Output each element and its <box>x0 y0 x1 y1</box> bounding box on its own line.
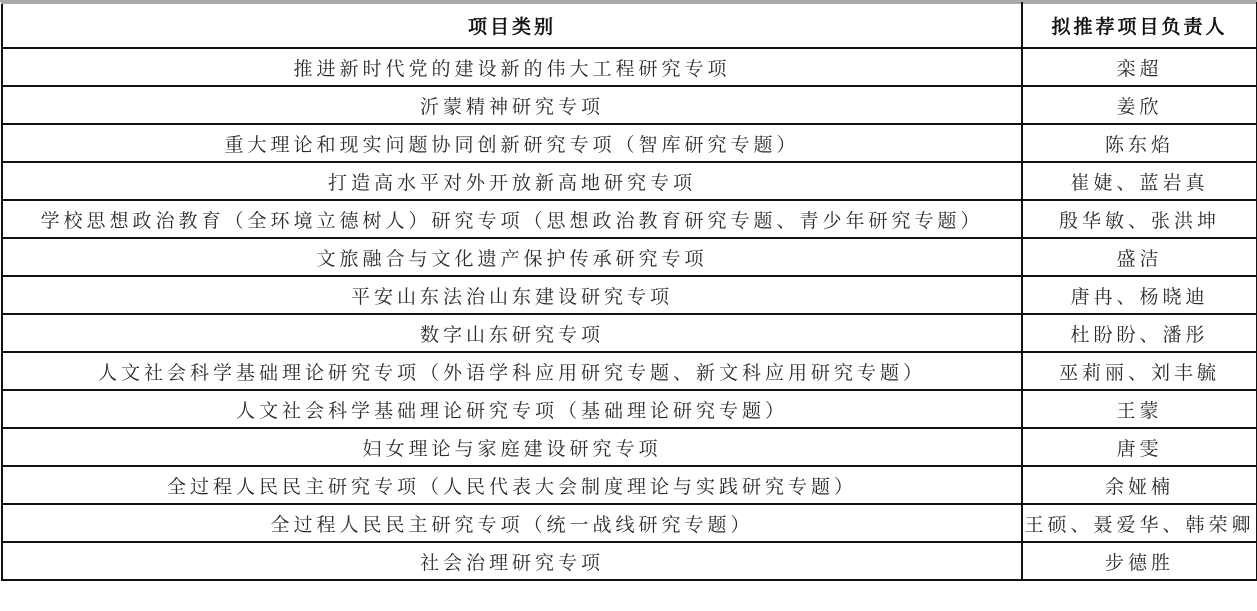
cell-leader: 盛洁 <box>1022 238 1257 276</box>
table-row: 全过程人民民主研究专项（统一战线研究专题） 王硕、聂爱华、韩荣卿 <box>2 504 1257 542</box>
table-row: 重大理论和现实问题协同创新研究专项（智库研究专题） 陈东焰 <box>2 124 1257 162</box>
cell-category: 文旅融合与文化遗产保护传承研究专项 <box>2 238 1022 276</box>
cell-leader: 巫莉丽、刘丰毓 <box>1022 352 1257 390</box>
cell-leader: 唐雯 <box>1022 428 1257 466</box>
cell-leader: 殷华敏、张洪坤 <box>1022 200 1257 238</box>
cell-leader: 余娅楠 <box>1022 466 1257 504</box>
cell-leader: 栾超 <box>1022 48 1257 86</box>
table-row: 推进新时代党的建设新的伟大工程研究专项 栾超 <box>2 48 1257 86</box>
cell-category: 平安山东法治山东建设研究专项 <box>2 276 1022 314</box>
cell-category: 打造高水平对外开放新高地研究专项 <box>2 162 1022 200</box>
cell-category: 社会治理研究专项 <box>2 542 1022 580</box>
cell-leader: 陈东焰 <box>1022 124 1257 162</box>
table-row: 文旅融合与文化遗产保护传承研究专项 盛洁 <box>2 238 1257 276</box>
cell-leader: 杜盼盼、潘彤 <box>1022 314 1257 352</box>
table-row: 全过程人民民主研究专项（人民代表大会制度理论与实践研究专题） 余娅楠 <box>2 466 1257 504</box>
cell-category: 人文社会科学基础理论研究专项（基础理论研究专题） <box>2 390 1022 428</box>
table-row: 社会治理研究专项 步德胜 <box>2 542 1257 580</box>
cell-leader: 步德胜 <box>1022 542 1257 580</box>
cell-category: 推进新时代党的建设新的伟大工程研究专项 <box>2 48 1022 86</box>
table-row: 沂蒙精神研究专项 姜欣 <box>2 86 1257 124</box>
cell-category: 妇女理论与家庭建设研究专项 <box>2 428 1022 466</box>
table-row: 学校思想政治教育（全环境立德树人）研究专项（思想政治教育研究专题、青少年研究专题… <box>2 200 1257 238</box>
cell-category: 重大理论和现实问题协同创新研究专项（智库研究专题） <box>2 124 1022 162</box>
cell-leader: 唐冉、杨晓迪 <box>1022 276 1257 314</box>
cell-category: 全过程人民民主研究专项（人民代表大会制度理论与实践研究专题） <box>2 466 1022 504</box>
table-row: 数字山东研究专项 杜盼盼、潘彤 <box>2 314 1257 352</box>
table-row: 打造高水平对外开放新高地研究专项 崔婕、蓝岩真 <box>2 162 1257 200</box>
cell-category: 全过程人民民主研究专项（统一战线研究专题） <box>2 504 1022 542</box>
project-leader-table: 项目类别 拟推荐项目负责人 推进新时代党的建设新的伟大工程研究专项 栾超 沂蒙精… <box>1 2 1257 581</box>
cell-leader: 王蒙 <box>1022 390 1257 428</box>
table-row: 妇女理论与家庭建设研究专项 唐雯 <box>2 428 1257 466</box>
table-row: 人文社会科学基础理论研究专项（基础理论研究专题） 王蒙 <box>2 390 1257 428</box>
cell-leader: 王硕、聂爱华、韩荣卿 <box>1022 504 1257 542</box>
header-project-category: 项目类别 <box>2 3 1022 48</box>
cell-category: 沂蒙精神研究专项 <box>2 86 1022 124</box>
cell-leader: 崔婕、蓝岩真 <box>1022 162 1257 200</box>
cell-category: 数字山东研究专项 <box>2 314 1022 352</box>
header-recommended-leader: 拟推荐项目负责人 <box>1022 3 1257 48</box>
table-row: 人文社会科学基础理论研究专项（外语学科应用研究专题、新文科应用研究专题） 巫莉丽… <box>2 352 1257 390</box>
cell-category: 学校思想政治教育（全环境立德树人）研究专项（思想政治教育研究专题、青少年研究专题… <box>2 200 1022 238</box>
cell-leader: 姜欣 <box>1022 86 1257 124</box>
table-row: 平安山东法治山东建设研究专项 唐冉、杨晓迪 <box>2 276 1257 314</box>
cell-category: 人文社会科学基础理论研究专项（外语学科应用研究专题、新文科应用研究专题） <box>2 352 1022 390</box>
table-header-row: 项目类别 拟推荐项目负责人 <box>2 3 1257 48</box>
